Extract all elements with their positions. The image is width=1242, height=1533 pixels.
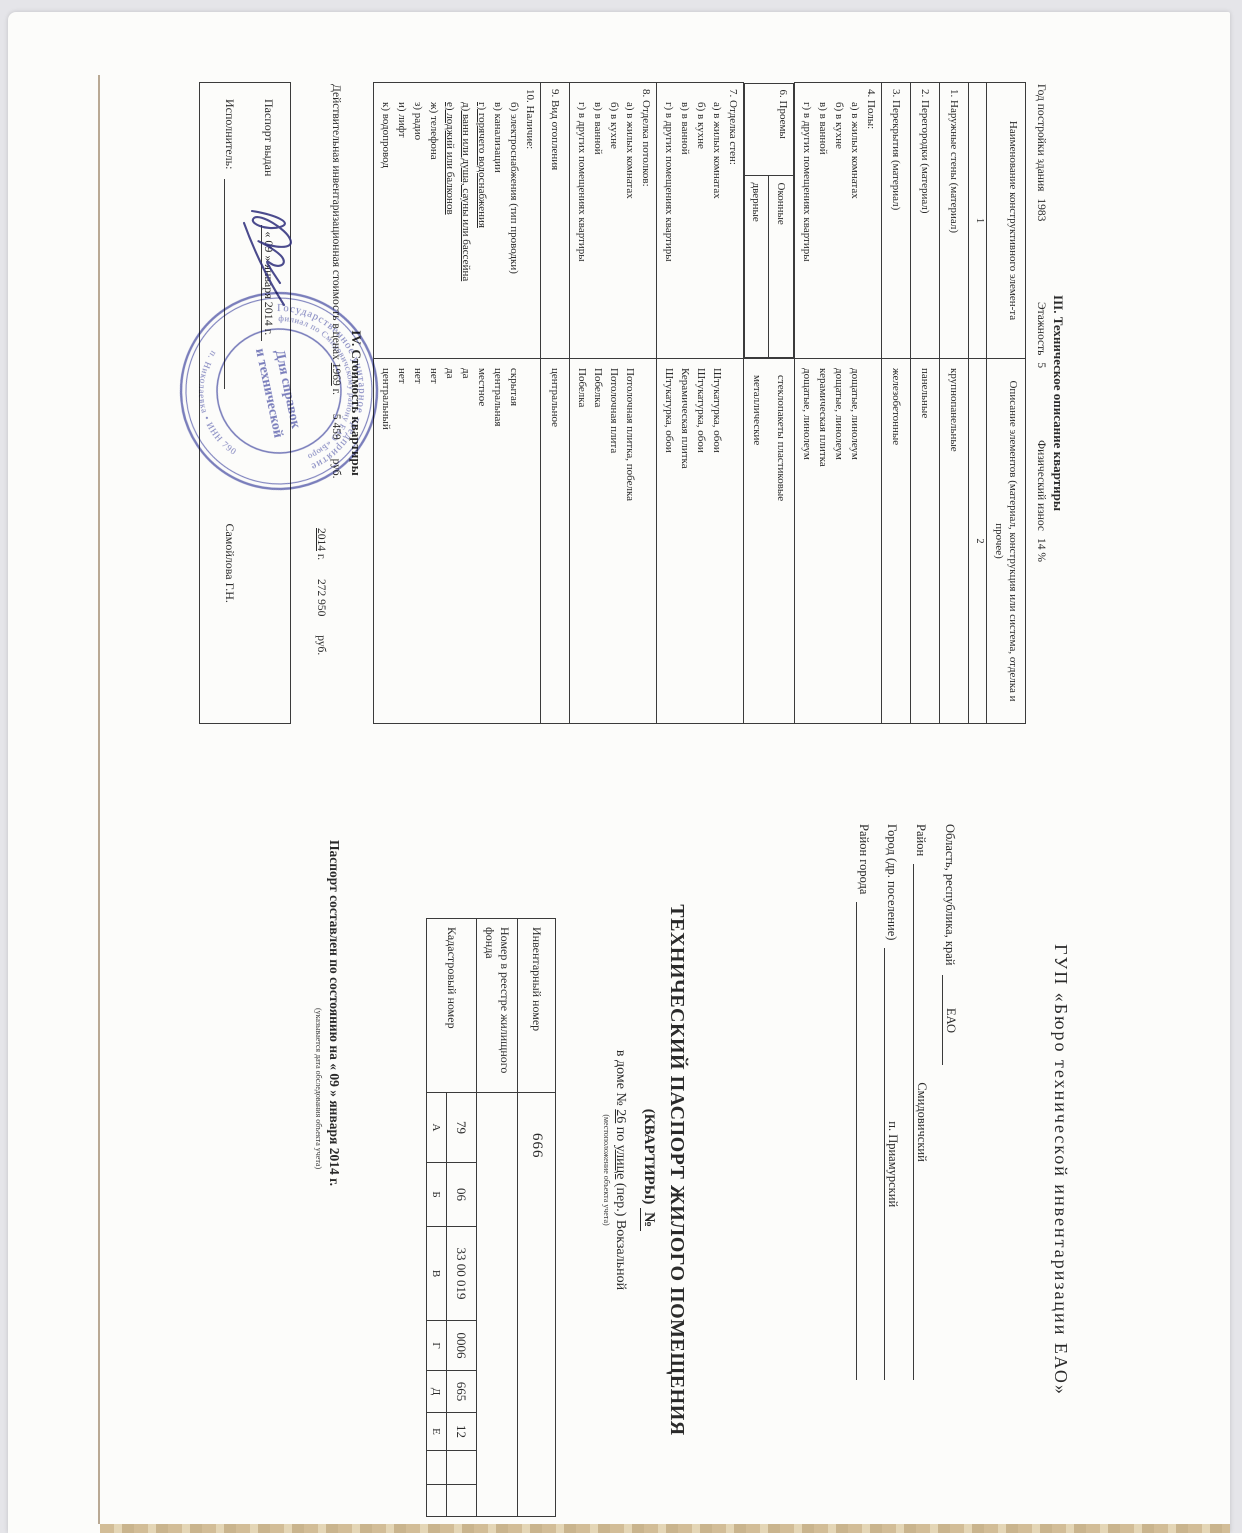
cadastral-value-cell: 33 00 019: [447, 1227, 477, 1321]
cost-value-2014: 272 950: [315, 579, 327, 616]
sub-item-label: к) водопровод: [378, 89, 394, 352]
tech-table-row: 6. ПроемыОконныедверныестеклопакеты плас…: [744, 83, 795, 724]
sub-item-label: в) в ванной: [815, 89, 831, 352]
sub-item-value: Побелка: [574, 368, 590, 717]
house-address-line: в доме № 26 по улице (пер.) Вокзальной: [612, 818, 628, 1522]
sub-item-label: в) в ванной: [677, 89, 693, 352]
document-title: ТЕХНИЧЕСКИЙ ПАСПОРТ ЖИЛОГО ПОМЕЩЕНИЯ: [665, 818, 688, 1522]
district-value: Смидовичский: [913, 864, 929, 1380]
sub-item-label: в) канализации: [490, 89, 506, 352]
apartment-subtitle: (КВАРТИРЫ) №: [640, 818, 657, 1522]
sub-item-label: в) в ванной: [590, 89, 606, 352]
sub-item-label: б) в кухне: [606, 89, 622, 352]
element-name-cell: 3. Перекрытия (материал): [882, 83, 911, 359]
page-edge-line: [98, 75, 100, 1524]
sub-item-label: г) горячего водоснабжения: [474, 89, 490, 352]
element-name-cell: 1. Наружные стены (материал): [940, 83, 969, 359]
sub-item-label: д) ванн или душа, сауны или бассейна: [458, 89, 474, 352]
house-number: 26: [613, 1109, 628, 1123]
row-label: 4. Полы:: [863, 89, 879, 352]
cadastral-letter-cell: [427, 1451, 447, 1485]
page-technical-description: III. Техническое описание квартиры Год п…: [175, 82, 1080, 724]
technical-description-table: Наименование конструктивного элемен-та О…: [373, 82, 1026, 724]
tech-table-row: 3. Перекрытия (материал)железобетонные: [882, 83, 911, 724]
page-technical-description-wrap: III. Техническое описание квартиры Год п…: [175, 82, 1080, 724]
town-label: Город (др. поселение): [884, 824, 899, 940]
sub-item-label: б) в кухне: [693, 89, 709, 352]
sub-item-value: дощатые, линолеум: [831, 368, 847, 717]
apartment-number-sign: №: [640, 1208, 657, 1231]
stamp-arc-bottom: п. Николаевка • ИНН 790: [187, 348, 240, 462]
element-description-cell: панельные: [911, 359, 940, 724]
sub-item-value: нет: [426, 368, 442, 717]
street-word: улице: [613, 1145, 628, 1180]
openings-value: металлические: [745, 368, 769, 722]
address-row-district: Район Смидовичский: [913, 824, 929, 1380]
floors-value: 5: [1035, 362, 1047, 368]
sub-item-value: Штукатурка, обои: [661, 368, 677, 717]
city-district-value: [856, 902, 857, 1380]
colnum-1: 1: [969, 83, 987, 359]
built-year-label: Год постройки здания: [1035, 84, 1047, 191]
openings-label: 6. Проемы: [745, 84, 793, 176]
compiled-date-line: Паспорт составлен по состоянию на « 09 »…: [326, 840, 342, 1522]
inventory-table: Инвентарный номер 666 Номер в реестре жи…: [426, 918, 556, 1517]
openings-type: Оконные: [769, 176, 793, 358]
cadastral-letter-cell: Е: [427, 1413, 447, 1451]
scanned-document-viewer: { "page1": { "title": "III. Техническое …: [0, 0, 1242, 1533]
cadastral-value-cell: [447, 1451, 477, 1485]
street-name: Вокзальной: [613, 1220, 628, 1290]
cadastral-value-cell: 0006: [447, 1321, 477, 1371]
tech-table-row: 1. Наружные стены (материал)крупнопанель…: [940, 83, 969, 724]
element-description-cell: железобетонные: [882, 359, 911, 724]
sub-item-label: г) в других помещениях квартиры: [661, 89, 677, 352]
tech-table-row: 4. Полы:а) в жилых комнатахб) в кухнев) …: [795, 83, 882, 724]
element-name-cell: 9. Вид отопления: [541, 83, 570, 359]
sub-item-label: б) электроснабжения (тип проводки): [506, 89, 522, 352]
tech-table-body: 1. Наружные стены (материал)крупнопанель…: [374, 83, 969, 724]
element-name-cell: 4. Полы:а) в жилых комнатахб) в кухнев) …: [795, 83, 882, 359]
sub-item-value: центральная: [490, 368, 506, 717]
sub-item-value: да: [442, 368, 458, 717]
element-name-cell: 6. ПроемыОконныедверные: [744, 83, 794, 359]
sub-item-label: и) лифт: [394, 89, 410, 352]
tech-table-row: 8. Отделка потолков:а) в жилых комнатахб…: [570, 83, 657, 724]
tech-table-row: 2. Перегородки (материал)панельные: [911, 83, 940, 724]
sub-item-value: местное: [474, 368, 490, 717]
cadastral-letter-cell: [427, 1485, 447, 1517]
tech-table-head: Наименование конструктивного элемен-та О…: [969, 83, 1026, 724]
address-row-region: Область, республика, край ЕАО: [942, 824, 958, 1380]
registry-number-label: Номер в реестре жилищного фонда: [477, 919, 518, 1093]
sub-item-value: Потолочная плита: [606, 368, 622, 717]
sub-item-value: дощатые, линолеум: [799, 368, 815, 717]
sub-item-label: г) в других помещениях квартиры: [574, 89, 590, 352]
city-district-label: Район города: [856, 824, 871, 894]
registry-number-value: [477, 1093, 518, 1517]
cadastral-values-row: Кадастровый номер 790633 00 019000666512: [447, 919, 477, 1517]
sub-item-label: ж) телефона: [426, 89, 442, 352]
address-block: Область, республика, край ЕАО Район Смид…: [856, 824, 958, 1380]
cadastral-letter-cell: А: [427, 1093, 447, 1163]
colnum-2: 2: [969, 359, 987, 724]
column-header-description: Описание элементов (материал, конструкци…: [987, 359, 1026, 724]
sub-item-label: а) в жилых комнатах: [847, 89, 863, 352]
organization-title: ГУП «Бюро технической инвентаризации ЕАО…: [1050, 818, 1071, 1522]
cadastral-value-cell: 79: [447, 1093, 477, 1163]
passport-issued-label: Паспорт выдан: [262, 99, 276, 176]
tech-colnum-row: 1 2: [969, 83, 987, 724]
element-name-cell: 10. Наличие:б) электроснабжения (тип про…: [374, 83, 541, 359]
address-row-city-district: Район города: [856, 824, 871, 1380]
element-name-cell: 7. Отделка стен:а) в жилых комнатахб) в …: [657, 83, 744, 359]
cadastral-value-cell: 12: [447, 1413, 477, 1451]
sub-item-value: дощатые, линолеум: [847, 368, 863, 717]
inventory-number-row: Инвентарный номер 666: [518, 919, 556, 1517]
tech-table-row: 9. Вид отопленияцентральное: [541, 83, 570, 724]
inventory-number-value: 666: [518, 1093, 556, 1517]
executor-label: Исполнитель:: [222, 99, 237, 169]
sub-item-label: е) лоджий или балконов: [442, 89, 458, 352]
cost-rub-2014: руб.: [315, 635, 327, 655]
element-description-cell: крупнопанельные: [940, 359, 969, 724]
town-value: п. Приамурский: [884, 948, 900, 1380]
sub-item-value: Потолочная плитка, побелка: [622, 368, 638, 717]
cost-year-2014: 2014: [315, 528, 327, 551]
sub-item-label: б) в кухне: [831, 89, 847, 352]
cost-g2: г.: [315, 554, 327, 560]
element-description-cell: центральное: [541, 359, 570, 724]
cadastral-value-cell: 665: [447, 1371, 477, 1413]
cadastral-value-cell: [447, 1485, 477, 1517]
svg-text:п. Николаевка • ИНН 790: п. Николаевка • ИНН 790: [187, 348, 240, 462]
row-label: 10. Наличие:: [522, 89, 538, 352]
column-header-element: Наименование конструктивного элемен-та: [987, 83, 1026, 359]
element-description-cell: Потолочная плитка, побелкаПотолочная пли…: [570, 359, 657, 724]
element-description-cell: Штукатурка, обоиШтукатурка, обоиКерамиче…: [657, 359, 744, 724]
tech-table-row: 7. Отделка стен:а) в жилых комнатахб) в …: [657, 83, 744, 724]
wear-value: 14 %: [1035, 538, 1047, 562]
location-note: (местоположение объекта учета): [602, 818, 611, 1522]
executor-name: Самойлова Г.Н.: [222, 523, 237, 602]
sub-item-value: Штукатурка, обои: [693, 368, 709, 717]
sub-item-label: а) в жилых комнатах: [622, 89, 638, 352]
element-description-cell: дощатые, линолеумдощатые, линолеумкерами…: [795, 359, 882, 724]
cadastral-letter-cell: Б: [427, 1163, 447, 1227]
sub-item-label: г) в других помещениях квартиры: [799, 89, 815, 352]
sub-item-value: нет: [410, 368, 426, 717]
sub-item-value: Штукатурка, обои: [709, 368, 725, 717]
page-title-wrap: ГУП «Бюро технической инвентаризации ЕАО…: [183, 818, 1085, 1522]
element-name-cell: 2. Перегородки (материал): [911, 83, 940, 359]
tech-table-row: 10. Наличие:б) электроснабжения (тип про…: [374, 83, 541, 724]
cadastral-letter-cell: Д: [427, 1371, 447, 1413]
house-mid: по: [613, 1127, 628, 1142]
region-value: ЕАО: [942, 975, 958, 1065]
house-pre: в доме №: [613, 1050, 628, 1106]
openings-value: стеклопакеты пластиковые: [769, 368, 793, 722]
element-description-cell: скрытаяцентральнаяместноедаданетнетнетце…: [374, 359, 541, 724]
region-label: Область, республика, край: [942, 824, 957, 965]
sub-item-value: Керамическая плитка: [677, 368, 693, 717]
sub-item-value: нет: [394, 368, 410, 717]
address-row-town: Город (др. поселение) п. Приамурский: [884, 824, 900, 1380]
lane-word: (пер.): [613, 1183, 628, 1217]
cadastral-letter-cell: В: [427, 1227, 447, 1321]
cadastral-value-cell: 06: [447, 1163, 477, 1227]
sub-item-value: Побелка: [590, 368, 606, 717]
apartment-label: (КВАРТИРЫ): [641, 1109, 657, 1205]
scan-bottom-edge: [100, 1524, 1230, 1533]
tech-header-row: Наименование конструктивного элемен-та О…: [987, 83, 1026, 724]
page-title: ГУП «Бюро технической инвентаризации ЕАО…: [183, 818, 1085, 1522]
sub-item-label: з) радио: [410, 89, 426, 352]
built-year-value: 1983: [1035, 198, 1047, 221]
building-meta-line: Год постройки здания1983 Этажность5 Физи…: [1029, 84, 1047, 724]
element-name-cell: 8. Отделка потолков:а) в жилых комнатахб…: [570, 83, 657, 359]
cadastral-letter-cell: Г: [427, 1321, 447, 1371]
element-description-cell: стеклопакеты пластиковыеметаллические: [744, 359, 795, 724]
official-stamp: Государственное унитарное предприятие п.…: [157, 269, 401, 513]
cadastral-number-label: Кадастровый номер: [427, 919, 477, 1093]
sub-item-label: а) в жилых комнатах: [709, 89, 725, 352]
row-label: 7. Отделка стен:: [725, 89, 741, 352]
row-label: 8. Отделка потолков:: [638, 89, 654, 352]
section3-title: III. Техническое описание квартиры: [1050, 82, 1066, 724]
sub-item-value: да: [458, 368, 474, 717]
registry-number-row: Номер в реестре жилищного фонда: [477, 919, 518, 1517]
wear-label: Физический износ: [1035, 440, 1047, 531]
openings-type: дверные: [745, 176, 769, 358]
cost-line-2014: 2014 г. 272 950 руб.: [315, 528, 327, 724]
survey-date-note: (указывается дата обследования объекта у…: [314, 1008, 323, 1522]
district-label: Район: [913, 824, 928, 856]
sub-item-value: скрытая: [506, 368, 522, 717]
sub-item-value: керамическая плитка: [815, 368, 831, 717]
floors-label: Этажность: [1035, 302, 1047, 355]
inventory-number-label: Инвентарный номер: [518, 919, 556, 1093]
